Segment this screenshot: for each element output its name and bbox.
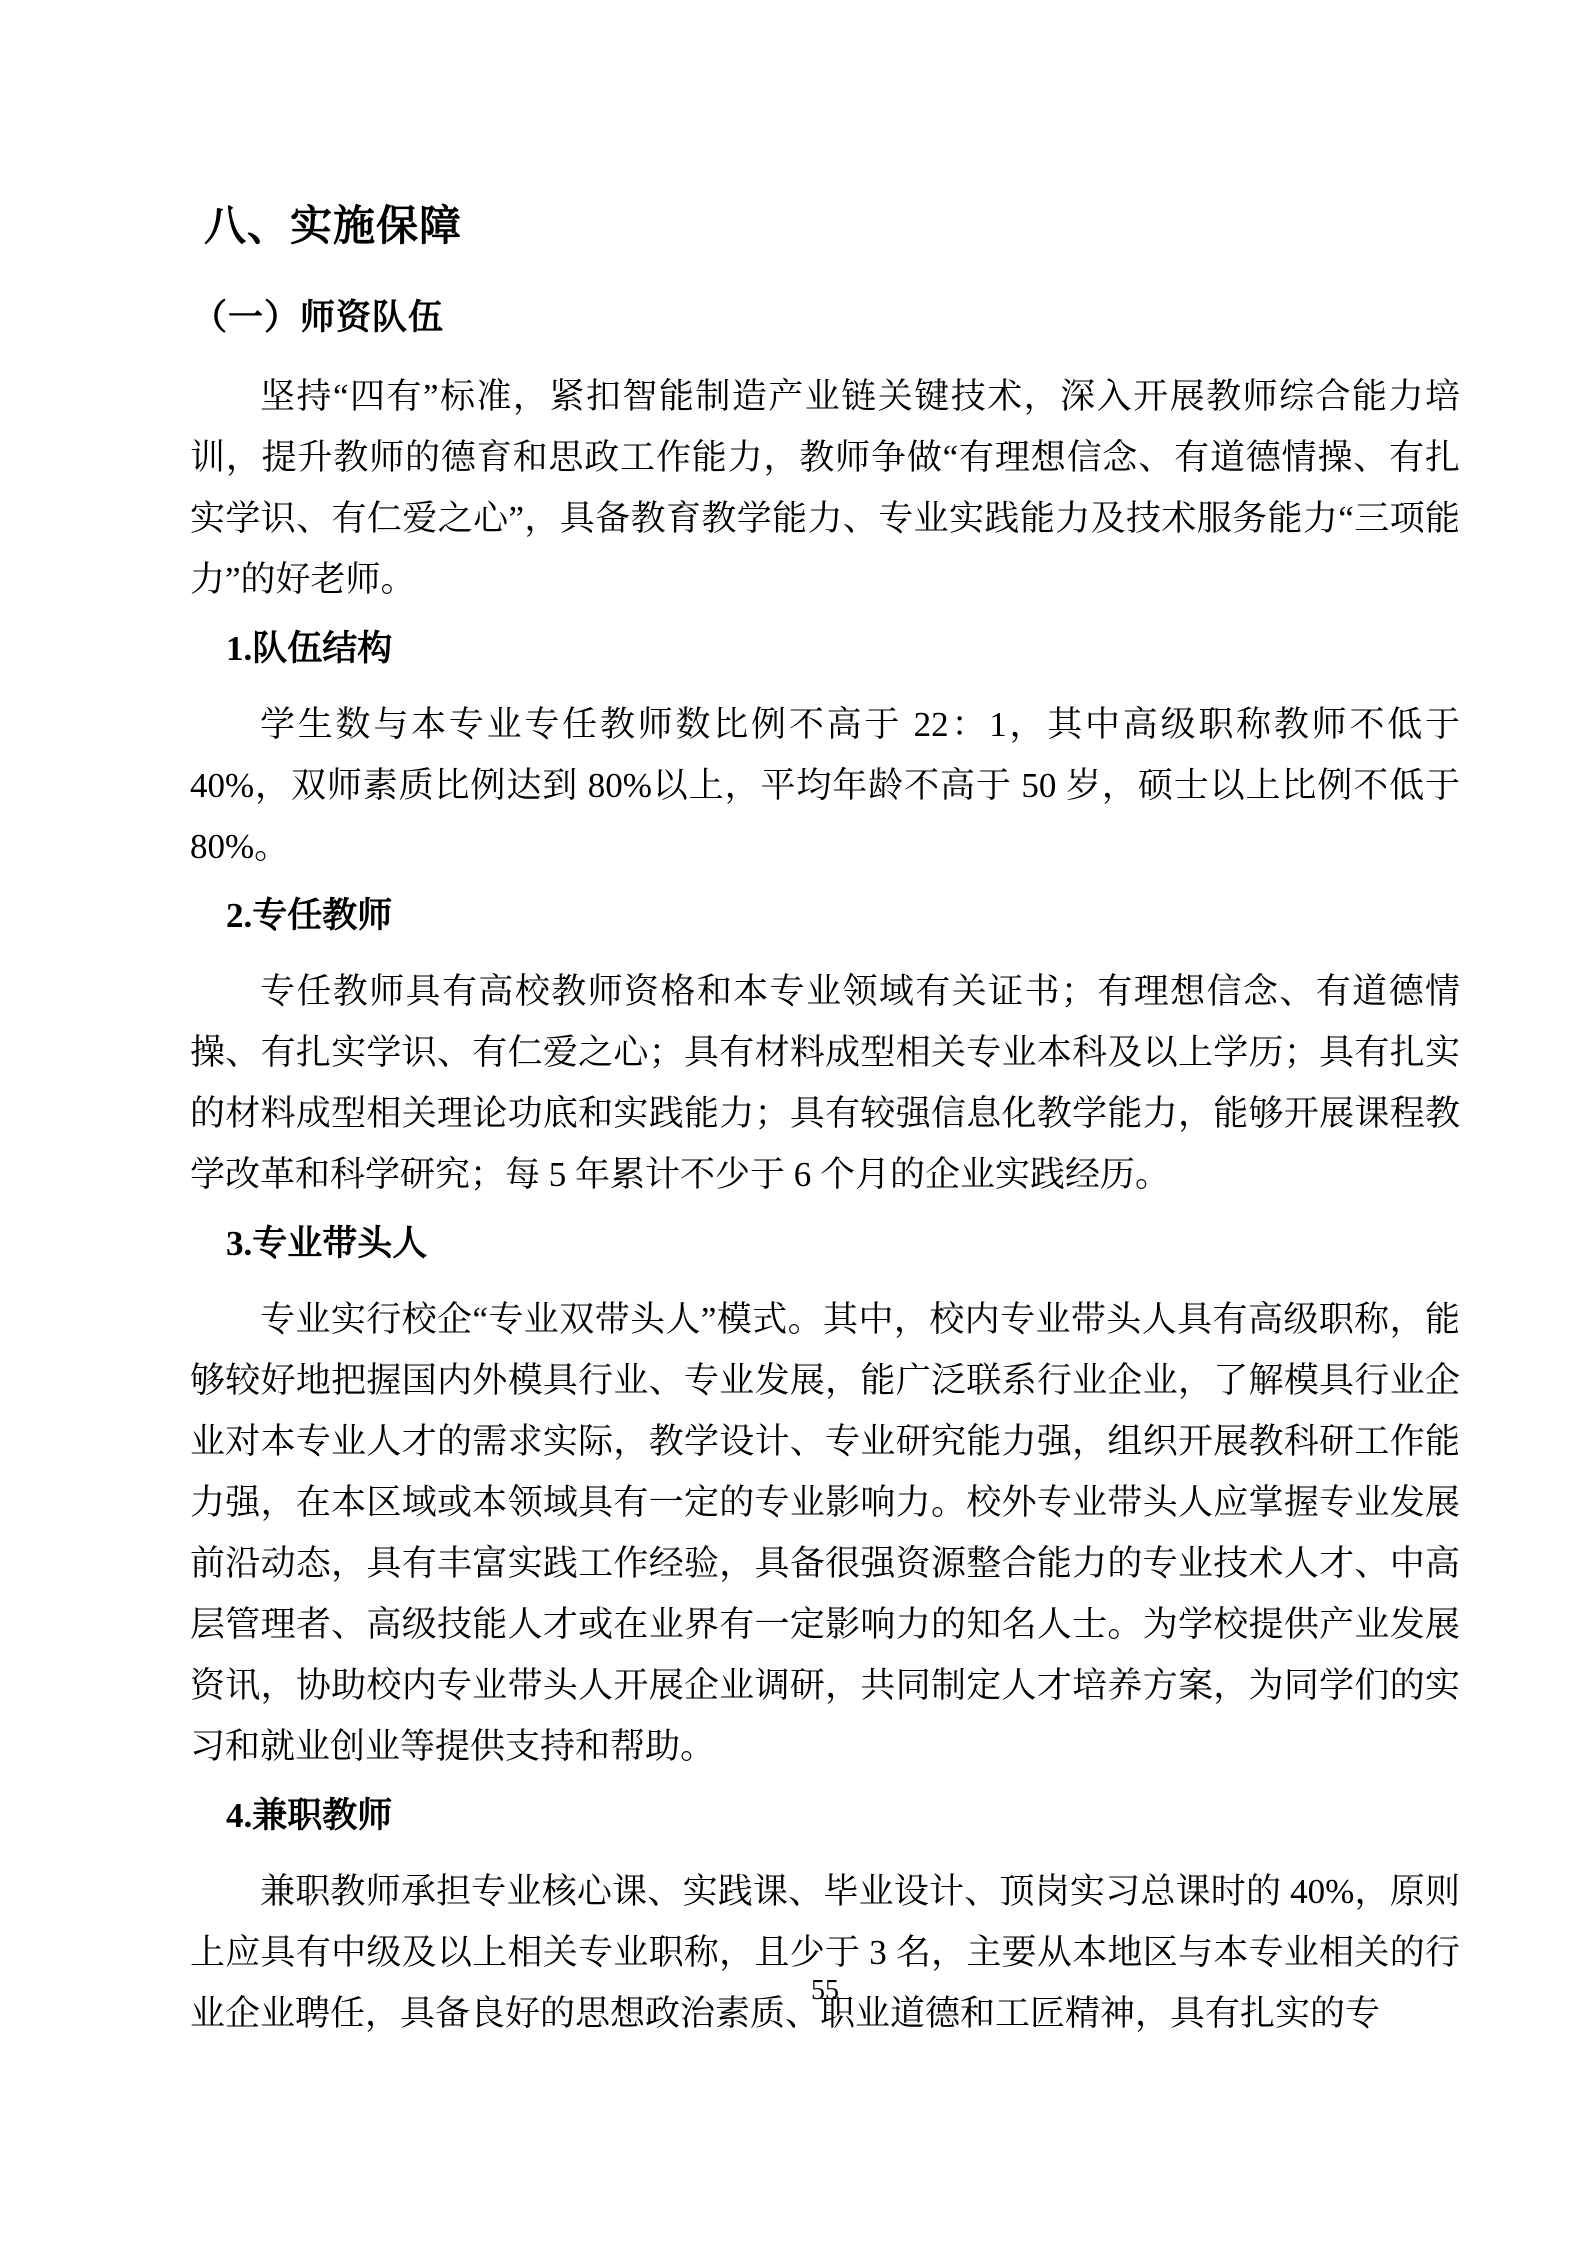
subsection-heading: （一）师资队伍: [192, 296, 1460, 340]
page-number: 55: [190, 1975, 1460, 2007]
item-paragraph-team-structure: 学生数与本专业专任教师数比例不高于 22：1，其中高级职称教师不低于 40%，双…: [190, 694, 1460, 877]
item-title-team-structure: 1.队伍结构: [226, 627, 1460, 671]
item-title-parttime-teachers: 4.兼职教师: [226, 1794, 1460, 1838]
item-title-fulltime-teachers: 2.专任教师: [226, 894, 1460, 938]
document-content: 八、实施保障 （一）师资队伍 坚持“四有”标准，紧扣智能制造产业链关键技术，深入…: [190, 200, 1460, 2044]
item-title-program-leaders: 3.专业带头人: [226, 1222, 1460, 1266]
document-page: 八、实施保障 （一）师资队伍 坚持“四有”标准，紧扣智能制造产业链关键技术，深入…: [0, 0, 1587, 2245]
item-paragraph-fulltime-teachers: 专任教师具有高校教师资格和本专业领域有关证书；有理想信念、有道德情操、有扎实学识…: [190, 961, 1460, 1205]
section-heading: 八、实施保障: [204, 200, 1460, 252]
intro-paragraph: 坚持“四有”标准，紧扣智能制造产业链关键技术，深入开展教师综合能力培训，提升教师…: [190, 366, 1460, 610]
item-paragraph-program-leaders: 专业实行校企“专业双带头人”模式。其中，校内专业带头人具有高级职称，能够较好地把…: [190, 1289, 1460, 1777]
item-paragraph-parttime-teachers: 兼职教师承担专业核心课、实践课、毕业设计、顶岗实习总课时的 40%，原则上应具有…: [190, 1861, 1460, 2044]
